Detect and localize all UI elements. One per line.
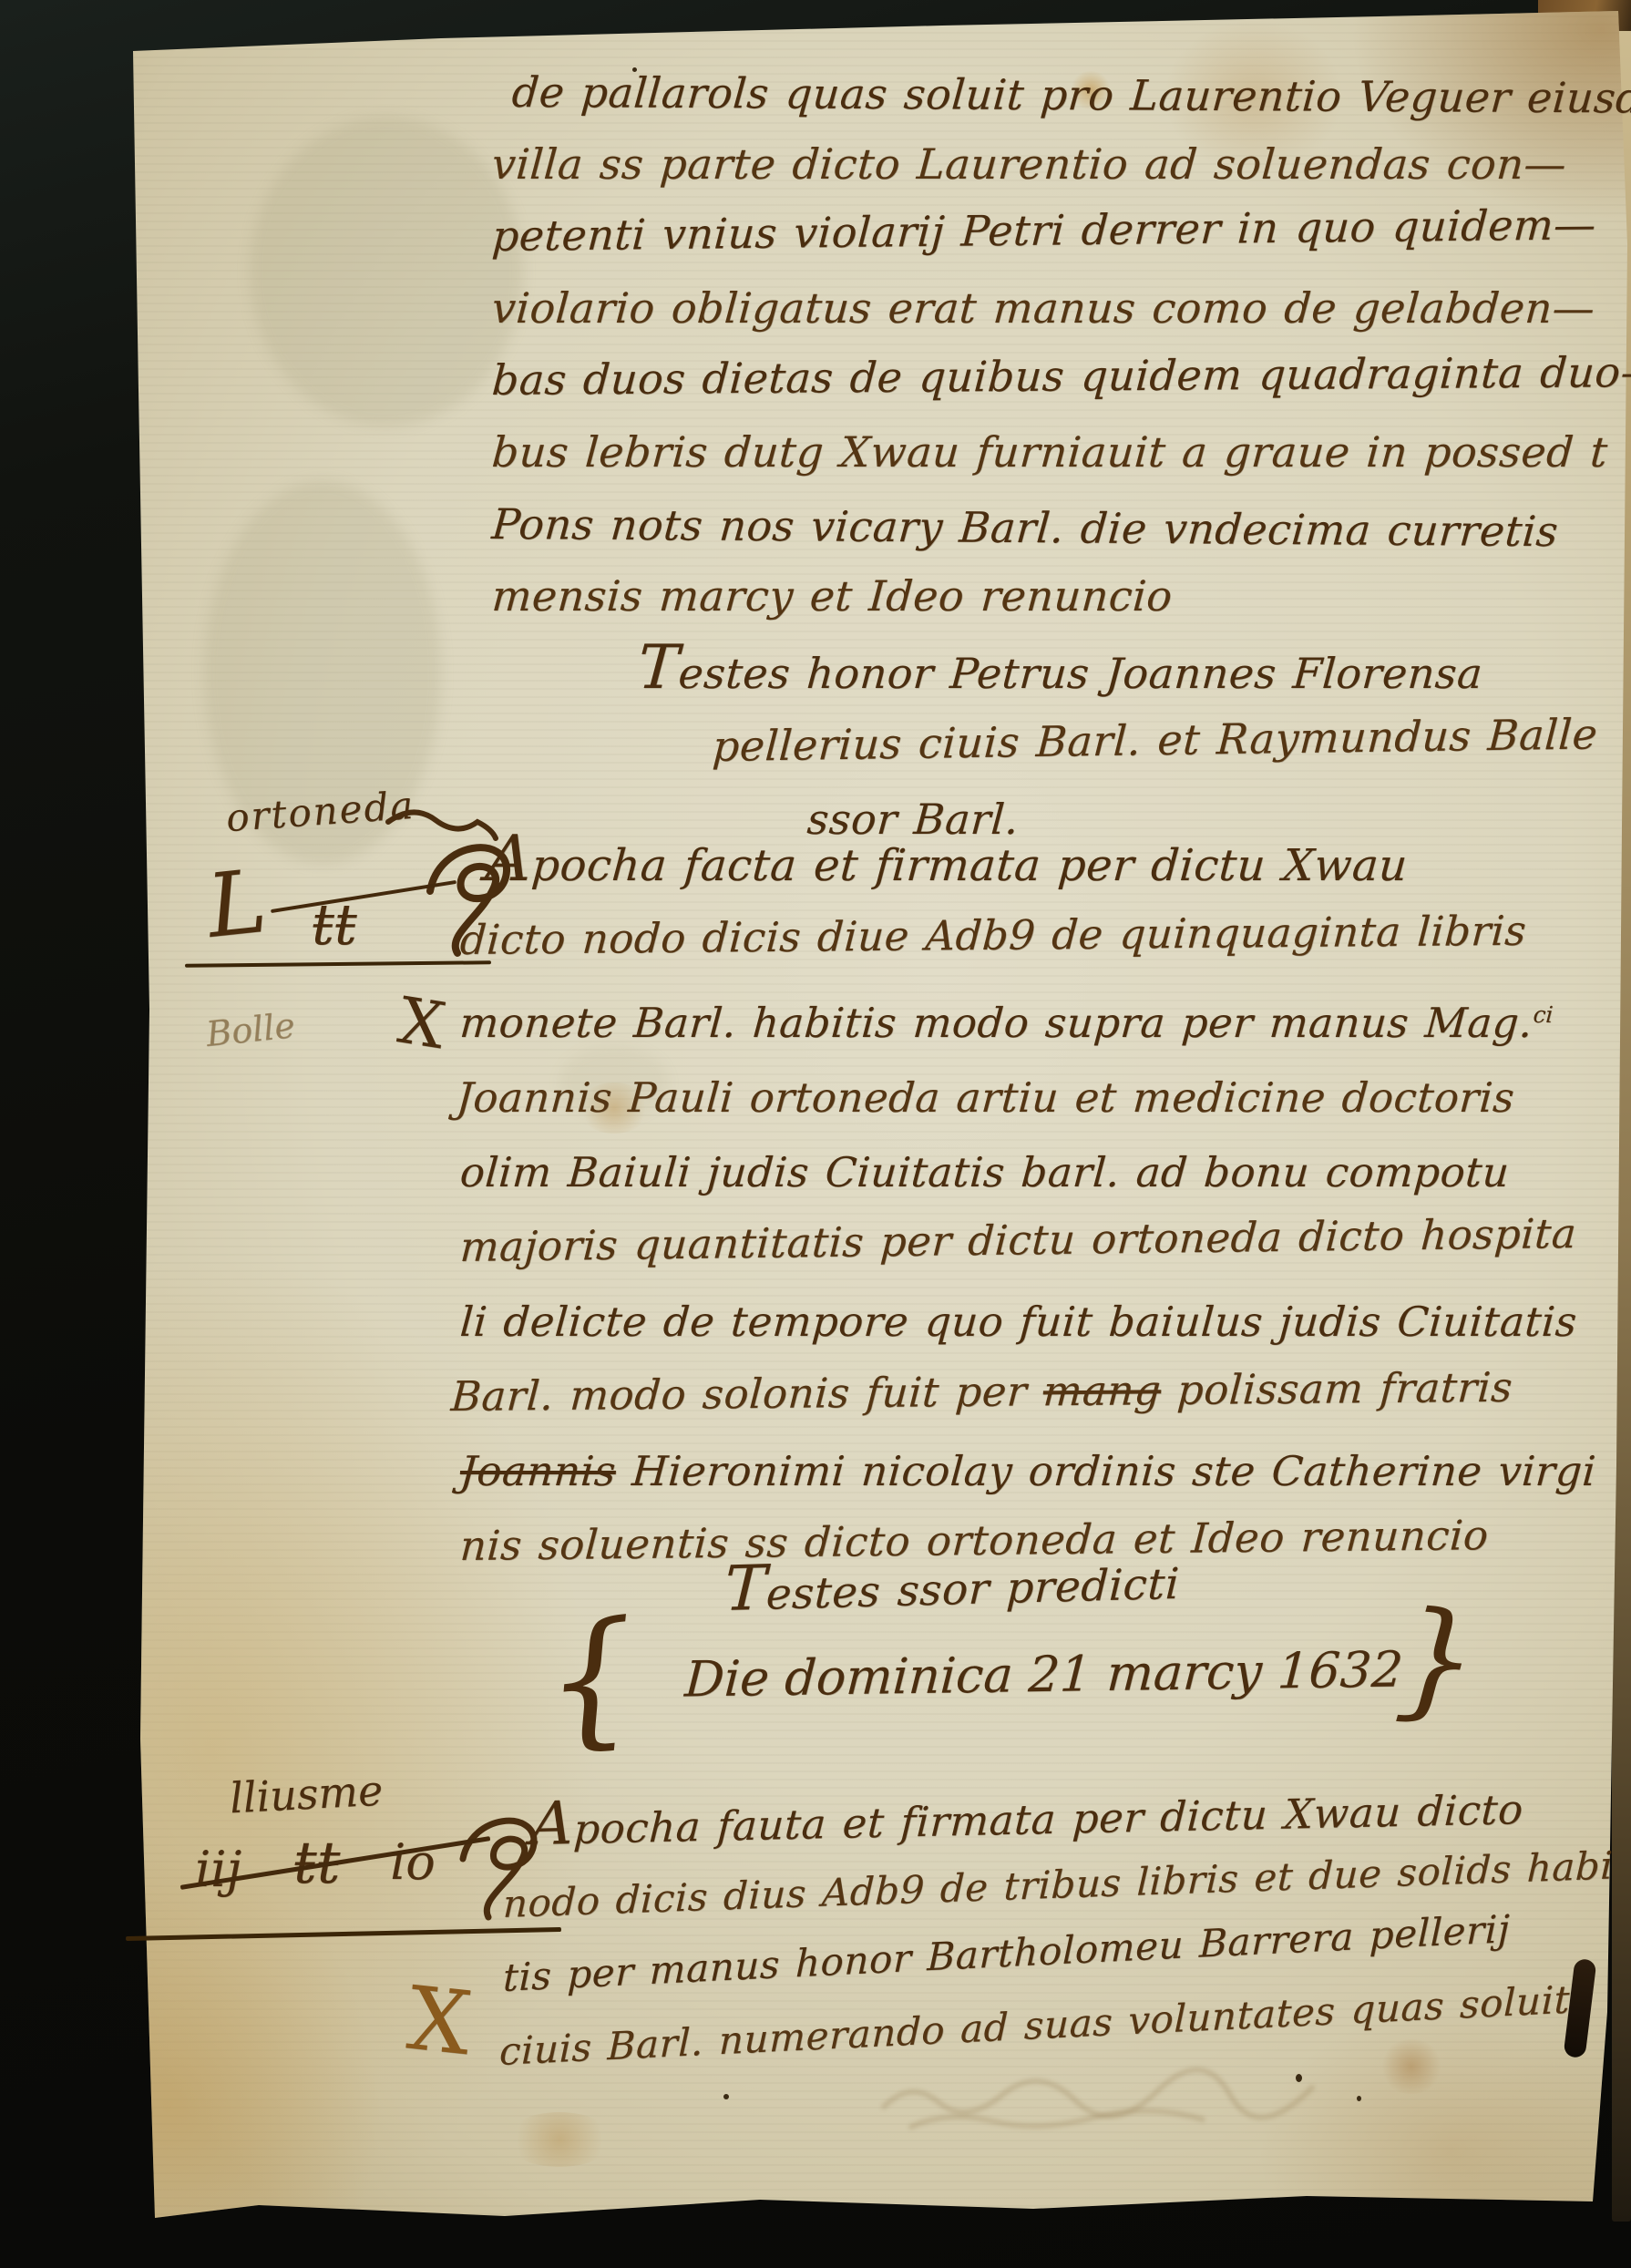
witness-clause-2: Testes ssor predicti — [724, 1554, 1179, 1633]
manuscript-line: Barl. modo solonis fuit per mang polissa… — [448, 1350, 1598, 1434]
margin-currency-lliura-sign: L — [202, 850, 271, 958]
manuscript-line: Apocha facta et firmata per dictu Xwau — [483, 822, 1599, 903]
margin-note-lliusme: lliusme — [229, 1766, 385, 1823]
manuscript-line: Pons nots nos vicary Barl. die vndecima … — [489, 488, 1631, 569]
manuscript-line: li delicte de tempore quo fuit baiulus j… — [457, 1285, 1598, 1360]
flourish-brace-right: } — [1391, 1594, 1482, 1727]
manuscript-line: mensis marcy et Ideo renuncio — [489, 560, 1631, 632]
margin-amount-num: iij — [195, 1841, 241, 1898]
manuscript-line: petenti vnius violarij Petri derrer in q… — [490, 188, 1631, 272]
manuscript-line: bus lebris dutg Xwau furniauit a graue i… — [489, 416, 1631, 488]
manuscript-line: Testes honor Petrus Joannes Florensa — [635, 631, 1600, 710]
manuscript-line: Testes ssor predicti — [723, 1542, 1181, 1633]
manuscript-line: Joannis Hieronimi nicolay ordinis ste Ca… — [457, 1434, 1598, 1509]
stain — [505, 2112, 614, 2167]
flourish-spiral — [456, 1802, 547, 1930]
paragraph-entry-1: de pallarols quas soluit pro Laurentio V… — [492, 56, 1631, 632]
manuscript-line: majoris quantitatis per dictu ortoneda d… — [458, 1196, 1599, 1285]
superscript-abbreviation: ci — [1533, 1001, 1554, 1028]
margin-x-mark: X — [403, 1967, 476, 2076]
photograph-of-manuscript: de pallarols quas soluit pro Laurentio V… — [0, 0, 1631, 2268]
struck-word: mang — [1041, 1366, 1163, 1415]
margin-amount-io: io — [390, 1833, 436, 1891]
flourish-brace-left: { — [538, 1601, 645, 1756]
paragraph-entry-2: Apocha facta et firmata per dictu Xwaudi… — [460, 822, 1595, 1584]
manuscript-line: de pallarols quas soluit pro Laurentio V… — [509, 56, 1631, 135]
ink-speck — [723, 2094, 729, 2099]
paragraph-entry-3: Apocha fauta et firmata per dictu Xwau d… — [503, 1788, 1611, 2088]
manuscript-line: Joannis Pauli ortoneda artiu et medicine… — [454, 1061, 1598, 1135]
manuscript-line: monete Barl. habitis modo supra per manu… — [457, 978, 1599, 1061]
manuscript-line: violario obligatus erat manus como de ge… — [489, 272, 1631, 344]
bleedthrough-smudge — [250, 117, 523, 426]
flourish-spiral — [421, 827, 521, 964]
manuscript-line: pellerius ciuis Barl. et Raymundus Balle — [711, 697, 1600, 783]
struck-word: Joannis — [458, 1447, 618, 1495]
manuscript-line: dicto nodo dicis diue Adb9 de quinquagin… — [457, 893, 1598, 978]
manuscript-line: bas duos dietas de quibus quidem quadrag… — [490, 336, 1631, 416]
date-line: Die dominica 21 marcy 1632 — [683, 1641, 1405, 1709]
